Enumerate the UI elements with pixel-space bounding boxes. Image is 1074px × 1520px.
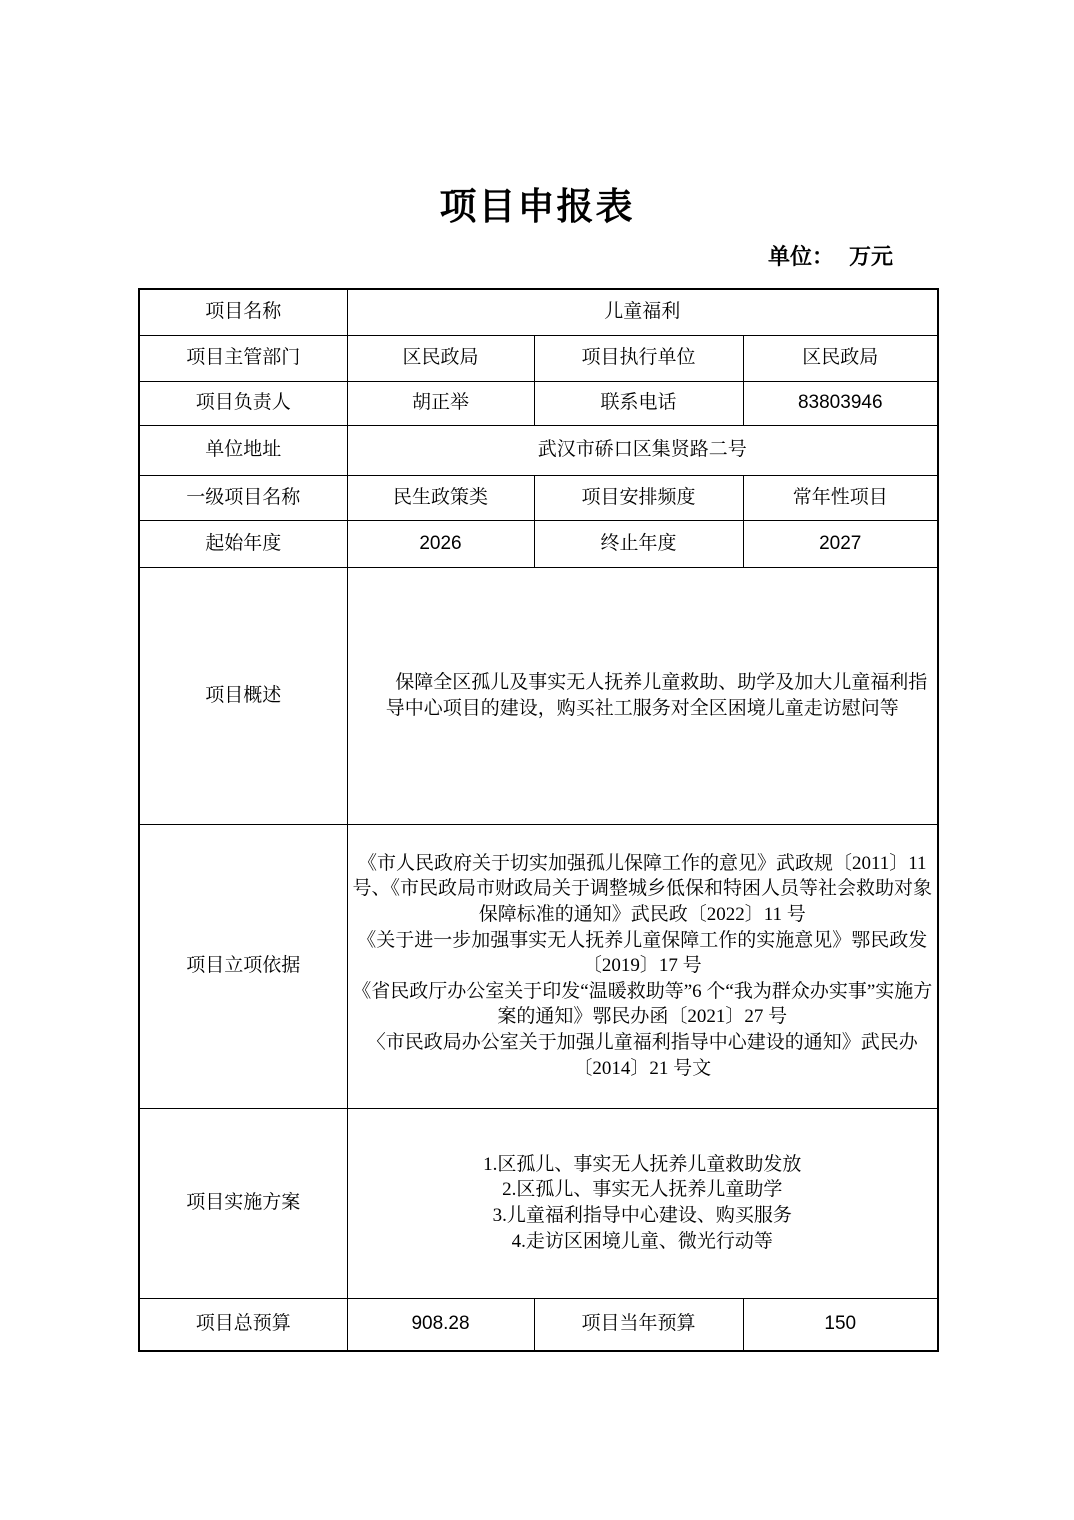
leader-value: 胡正举 bbox=[347, 381, 534, 425]
total-budget-label: 项目总预算 bbox=[139, 1298, 347, 1351]
document-page: 项目申报表 单位：万元 项目名称 儿童福利 项目主管部门 区民政局 项目执行单位… bbox=[0, 0, 1074, 1520]
overview-label: 项目概述 bbox=[139, 567, 347, 824]
executor-label: 项目执行单位 bbox=[534, 335, 743, 381]
row-plan: 项目实施方案 1.区孤儿、事实无人抚养儿童救助发放 2.区孤儿、事实无人抚养儿童… bbox=[139, 1108, 938, 1298]
year-budget-value: 150 bbox=[743, 1298, 938, 1351]
overview-text: 保障全区孤儿及事实无人抚养儿童救助、助学及加大儿童福利指导中心项目的建设，购买社… bbox=[347, 567, 938, 824]
row-leader-phone: 项目负责人 胡正举 联系电话 83803946 bbox=[139, 381, 938, 425]
level1-label: 一级项目名称 bbox=[139, 475, 347, 520]
end-year-value: 2027 bbox=[743, 520, 938, 567]
frequency-label: 项目安排频度 bbox=[534, 475, 743, 520]
row-budget: 项目总预算 908.28 项目当年预算 150 bbox=[139, 1298, 938, 1351]
address-value: 武汉市硚口区集贤路二号 bbox=[347, 425, 938, 475]
phone-value: 83803946 bbox=[743, 381, 938, 425]
row-address: 单位地址 武汉市硚口区集贤路二号 bbox=[139, 425, 938, 475]
leader-label: 项目负责人 bbox=[139, 381, 347, 425]
phone-label: 联系电话 bbox=[534, 381, 743, 425]
page-title: 项目申报表 bbox=[0, 176, 1074, 230]
executor-value: 区民政局 bbox=[743, 335, 938, 381]
project-name-label: 项目名称 bbox=[139, 289, 347, 335]
row-years: 起始年度 2026 终止年度 2027 bbox=[139, 520, 938, 567]
row-category-frequency: 一级项目名称 民生政策类 项目安排频度 常年性项目 bbox=[139, 475, 938, 520]
basis-text: 《市人民政府关于切实加强孤儿保障工作的意见》武政规〔2011〕11 号、《市民政… bbox=[347, 824, 938, 1108]
frequency-value: 常年性项目 bbox=[743, 475, 938, 520]
supervisor-value: 区民政局 bbox=[347, 335, 534, 381]
supervisor-label: 项目主管部门 bbox=[139, 335, 347, 381]
row-overview: 项目概述 保障全区孤儿及事实无人抚养儿童救助、助学及加大儿童福利指导中心项目的建… bbox=[139, 567, 938, 824]
unit-line: 单位：万元 bbox=[138, 240, 893, 271]
total-budget-value: 908.28 bbox=[347, 1298, 534, 1351]
application-form-table: 项目名称 儿童福利 项目主管部门 区民政局 项目执行单位 区民政局 项目负责人 … bbox=[138, 288, 939, 1352]
end-year-label: 终止年度 bbox=[534, 520, 743, 567]
basis-label: 项目立项依据 bbox=[139, 824, 347, 1108]
project-name-value: 儿童福利 bbox=[347, 289, 938, 335]
year-budget-label: 项目当年预算 bbox=[534, 1298, 743, 1351]
plan-label: 项目实施方案 bbox=[139, 1108, 347, 1298]
row-departments: 项目主管部门 区民政局 项目执行单位 区民政局 bbox=[139, 335, 938, 381]
row-basis: 项目立项依据 《市人民政府关于切实加强孤儿保障工作的意见》武政规〔2011〕11… bbox=[139, 824, 938, 1108]
unit-value: 万元 bbox=[849, 244, 893, 269]
address-label: 单位地址 bbox=[139, 425, 347, 475]
level1-value: 民生政策类 bbox=[347, 475, 534, 520]
start-year-value: 2026 bbox=[347, 520, 534, 567]
unit-label: 单位： bbox=[768, 244, 834, 269]
plan-text: 1.区孤儿、事实无人抚养儿童救助发放 2.区孤儿、事实无人抚养儿童助学 3.儿童… bbox=[347, 1108, 938, 1298]
row-project-name: 项目名称 儿童福利 bbox=[139, 289, 938, 335]
start-year-label: 起始年度 bbox=[139, 520, 347, 567]
